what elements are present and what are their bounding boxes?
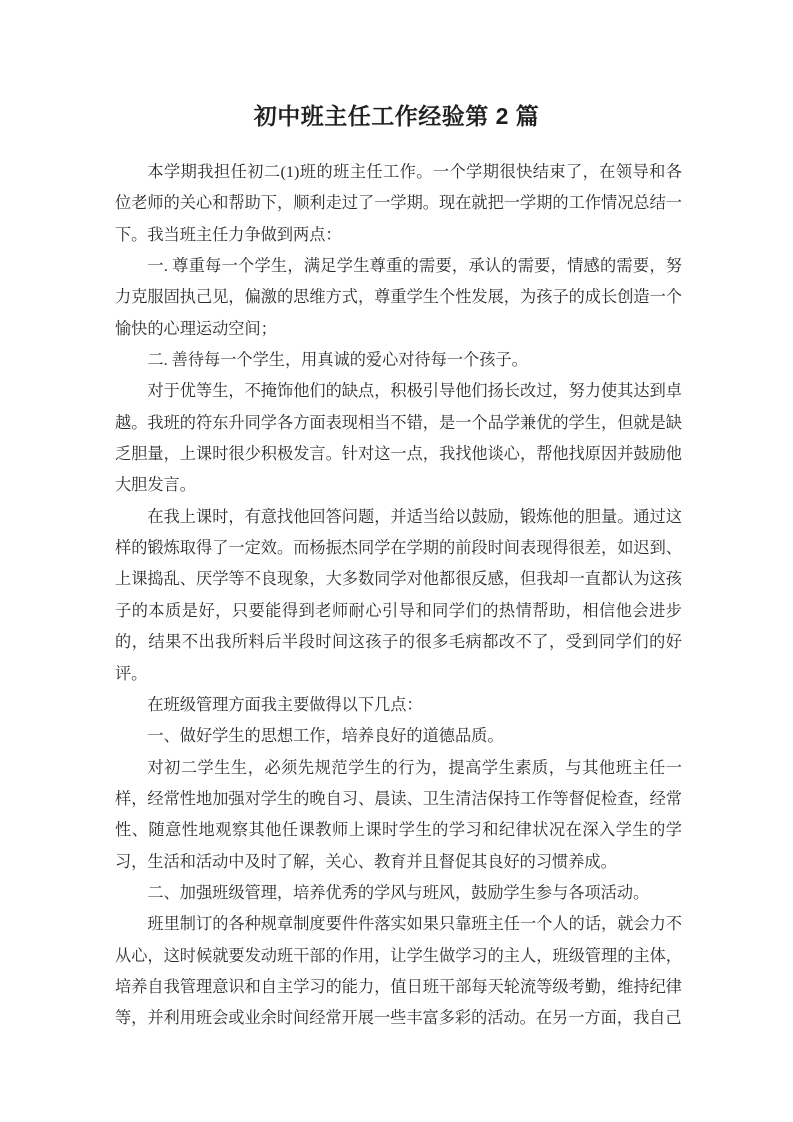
document-title: 初中班主任工作经验第 2 篇	[0, 101, 793, 131]
paragraph: 一、做好学生的思想工作，培养良好的道德品质。	[115, 721, 682, 752]
document-body: 本学期我担任初二(1)班的班主任工作。一个学期很快结束了，在领导和各位老师的关心…	[115, 157, 682, 1035]
paragraph: 本学期我担任初二(1)班的班主任工作。一个学期很快结束了，在领导和各位老师的关心…	[115, 157, 682, 251]
paragraph: 在班级管理方面我主要做得以下几点：	[115, 690, 682, 721]
document-page: 初中班主任工作经验第 2 篇 本学期我担任初二(1)班的班主任工作。一个学期很快…	[0, 0, 793, 1122]
paragraph: 对于优等生，不掩饰他们的缺点，积极引导他们扬长改过，努力使其达到卓越。我班的符东…	[115, 376, 682, 501]
paragraph: 二、加强班级管理，培养优秀的学风与班风，鼓励学生参与各项活动。	[115, 878, 682, 909]
paragraph: 对初二学生生，必须先规范学生的行为，提高学生素质，与其他班主任一样，经常性地加强…	[115, 753, 682, 878]
paragraph: 一. 尊重每一个学生，满足学生尊重的需要，承认的需要，情感的需要，努力克服固执己…	[115, 251, 682, 345]
paragraph: 在我上课时，有意找他回答问题，并适当给以鼓励，锻炼他的胆量。通过这样的锻炼取得了…	[115, 502, 682, 690]
paragraph: 二. 善待每一个学生，用真诚的爱心对待每一个孩子。	[115, 345, 682, 376]
paragraph: 班里制订的各种规章制度要件件落实如果只靠班主任一个人的话，就会力不从心，这时候就…	[115, 909, 682, 1034]
